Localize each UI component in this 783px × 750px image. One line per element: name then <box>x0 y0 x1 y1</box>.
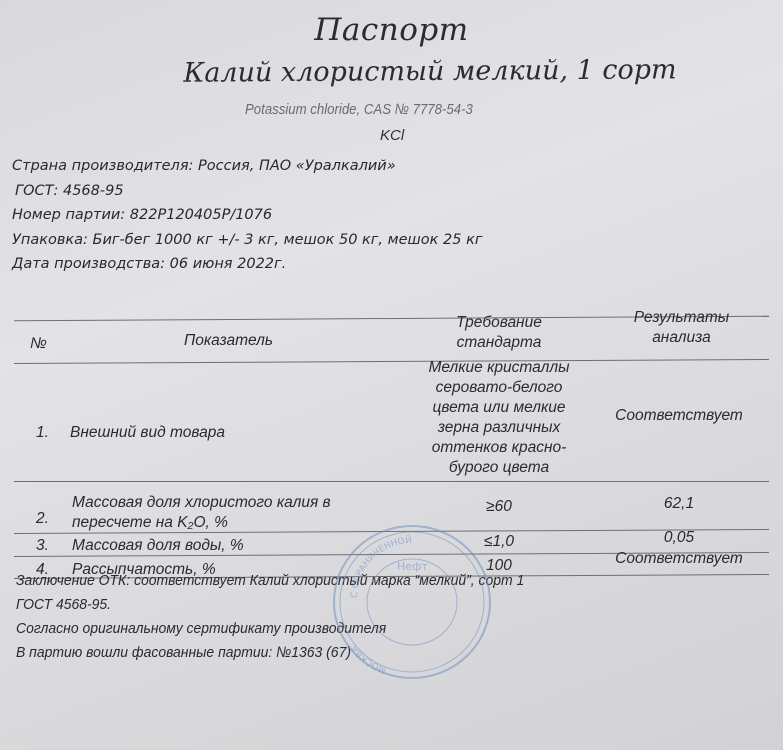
header-requirement-line: стандарта <box>414 333 584 353</box>
header-num: № <box>30 334 47 354</box>
product-name: Калий хлористый мелкий, 1 сорт <box>110 54 750 89</box>
row1-num: 1. <box>36 423 49 443</box>
row2-num: 2. <box>36 509 49 529</box>
requirement-line: оттенков красно- <box>414 438 584 458</box>
row4-result: Соответствует <box>599 549 759 569</box>
product-info: Страна производителя: Россия, ПАО «Уралк… <box>12 158 482 281</box>
chemical-formula: KCl <box>380 127 404 144</box>
header-requirement: Требование стандарта <box>414 313 584 353</box>
header-result-line: анализа <box>599 328 764 348</box>
row-rule <box>14 481 769 482</box>
country-line: Страна производителя: Россия, ПАО «Уралк… <box>12 158 482 183</box>
requirement-line: серовато-белого <box>414 378 584 398</box>
header-result-line: Результаты <box>599 308 764 328</box>
production-date-line: Дата производства: 06 июня 2022г. <box>12 256 482 281</box>
row3-num: 3. <box>36 536 49 556</box>
indicator-line: Массовая доля хлористого калия в <box>72 493 331 513</box>
header-rule <box>14 359 769 364</box>
row2-indicator: Массовая доля хлористого калия в пересче… <box>72 493 331 533</box>
row3-result: 0,05 <box>599 528 759 548</box>
certificate-note: Согласно оригинальному сертификату произ… <box>16 620 524 644</box>
header-indicator: Показатель <box>184 331 273 351</box>
batch-line: Номер партии: 822P120405P/1076 <box>12 207 482 232</box>
conclusion: Заключение ОТК: соответствует Калий хлор… <box>16 572 524 668</box>
requirement-line: цвета или мелкие <box>414 398 584 418</box>
gost-line: ГОСТ: 4568-95 <box>12 183 482 208</box>
passport-document: Паспорт Калий хлористый мелкий, 1 сорт P… <box>0 0 783 750</box>
packaging-line: Упаковка: Биг-бег 1000 кг +/- 3 кг, мешо… <box>12 232 482 257</box>
document-title: Паспорт <box>0 12 783 48</box>
row3-requirement: ≤1,0 <box>414 532 584 552</box>
requirement-line: бурого цвета <box>414 458 584 478</box>
row3-indicator: Массовая доля воды, % <box>72 536 244 556</box>
row1-result: Соответствует <box>599 406 759 426</box>
packed-batches-note: В партию вошли фасованные партии: №1363 … <box>16 644 524 668</box>
row1-requirement: Мелкие кристаллы серовато-белого цвета и… <box>414 358 584 478</box>
requirement-line: Мелкие кристаллы <box>414 358 584 378</box>
indicator-line: пересчете на K₂O, % <box>72 513 331 533</box>
row2-requirement: ≥60 <box>414 497 584 517</box>
requirement-line: зерна различных <box>414 418 584 438</box>
row1-indicator: Внешний вид товара <box>70 423 225 443</box>
header-result: Результаты анализа <box>599 308 764 348</box>
conclusion-line: Заключение ОТК: соответствует Калий хлор… <box>16 572 524 596</box>
row2-result: 62,1 <box>599 494 759 514</box>
header-requirement-line: Требование <box>414 313 584 333</box>
conclusion-gost: ГОСТ 4568-95. <box>16 596 524 620</box>
latin-name: Potassium chloride, CAS № 7778-54-3 <box>245 101 473 118</box>
